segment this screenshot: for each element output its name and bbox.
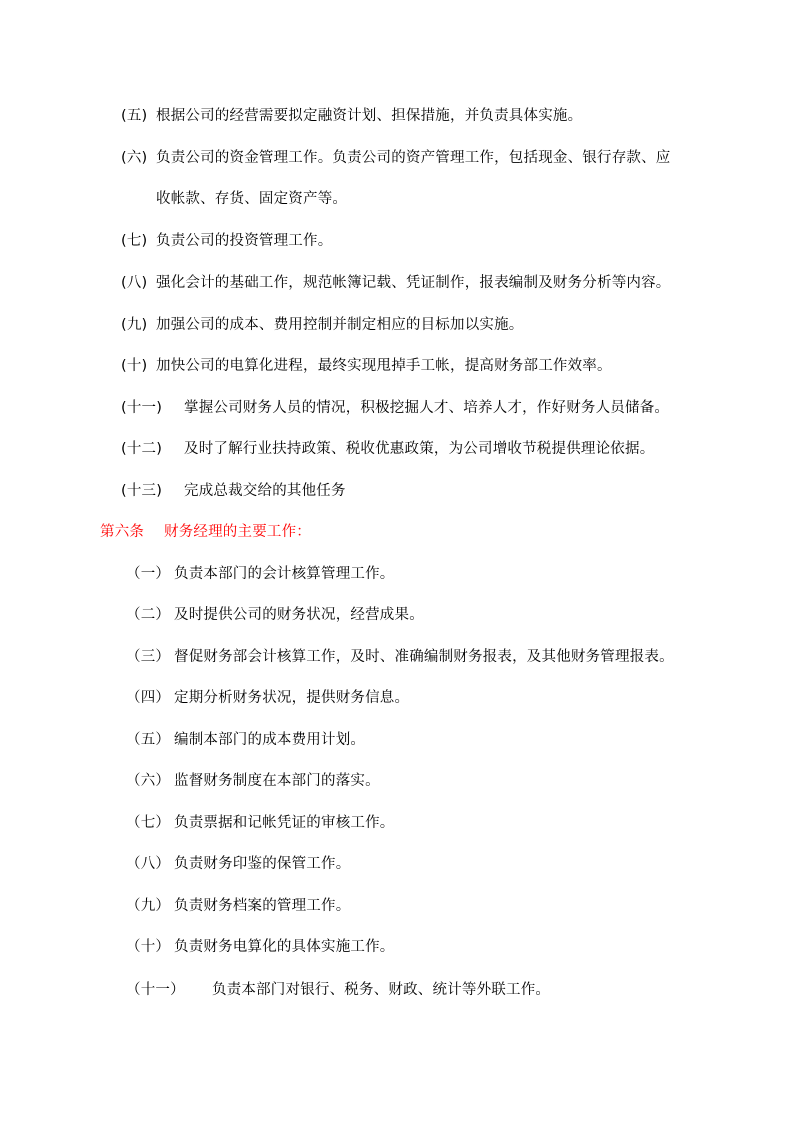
item-number: （四） — [126, 688, 174, 708]
manager-task-10: （十）负责财务电算化的具体实施工作。 — [126, 937, 395, 957]
item-text: 强化会计的基础工作，规范帐簿记载、凭证制作，报表编制及财务分析等内容。 — [156, 275, 671, 291]
item-number: （七） — [126, 813, 174, 833]
manager-task-7: （七）负责票据和记帐凭证的审核工作。 — [126, 813, 395, 833]
item-text: 掌握公司财务人员的情况，积极挖掘人才、培养人才，作好财务人员储备。 — [184, 400, 669, 416]
duty-item-10: (十)加快公司的电算化进程，最终实现甩掉手工帐，提高财务部工作效率。 — [121, 356, 612, 376]
item-text: 督促财务部会计核算工作，及时、准确编制财务报表，及其他财务管理报表。 — [174, 649, 674, 665]
manager-task-11: （十一）负责本部门对银行、税务、财政、统计等外联工作。 — [126, 980, 550, 1000]
item-text: 负责本部门对银行、税务、财政、统计等外联工作。 — [212, 982, 550, 998]
item-number: （八） — [126, 854, 174, 874]
manager-task-9: （九）负责财务档案的管理工作。 — [126, 896, 350, 916]
item-number: （六） — [126, 771, 174, 791]
item-number: (十三) — [121, 481, 184, 501]
section-heading: 第六条财务经理的主要工作： — [100, 522, 311, 542]
item-text: 编制本部门的成本费用计划。 — [174, 732, 365, 748]
item-number: （九） — [126, 896, 174, 916]
item-number: (八) — [121, 273, 156, 293]
item-text: 监督财务制度在本部门的落实。 — [174, 773, 380, 789]
manager-task-4: （四）定期分析财务状况，提供财务信息。 — [126, 688, 409, 708]
manager-task-5: （五）编制本部门的成本费用计划。 — [126, 730, 365, 750]
duty-item-11: (十一)掌握公司财务人员的情况，积极挖掘人才、培养人才，作好财务人员储备。 — [121, 398, 669, 418]
document-page: (五)根据公司的经营需要拟定融资计划、担保措施，并负责具体实施。 (六)负责公司… — [0, 0, 793, 1122]
item-number: (五) — [121, 106, 156, 126]
item-number: (十二) — [121, 439, 184, 459]
manager-task-6: （六）监督财务制度在本部门的落实。 — [126, 771, 380, 791]
item-text: 负责本部门的会计核算管理工作。 — [174, 566, 395, 582]
article-number: 第六条 — [100, 522, 164, 542]
manager-task-8: （八）负责财务印鉴的保管工作。 — [126, 854, 350, 874]
item-text: 定期分析财务状况，提供财务信息。 — [174, 690, 409, 706]
item-text-continuation: 收帐款、存货、固定资产等。 — [156, 191, 347, 207]
item-number: (九) — [121, 315, 156, 335]
item-number: （十一） — [126, 980, 212, 1000]
manager-task-2: （二）及时提供公司的财务状况，经营成果。 — [126, 605, 424, 625]
item-number: （五） — [126, 730, 174, 750]
item-text: 负责公司的资金管理工作。负责公司的资产管理工作，包括现金、银行存款、应 — [156, 150, 671, 166]
item-text: 负责票据和记帐凭证的审核工作。 — [174, 815, 395, 831]
item-text: 负责财务印鉴的保管工作。 — [174, 856, 350, 872]
duty-item-5: (五)根据公司的经营需要拟定融资计划、担保措施，并负责具体实施。 — [121, 106, 582, 126]
item-number: （三） — [126, 647, 174, 667]
item-text: 负责财务电算化的具体实施工作。 — [174, 939, 395, 955]
item-number: (十) — [121, 356, 156, 376]
item-text: 加快公司的电算化进程，最终实现甩掉手工帐，提高财务部工作效率。 — [156, 358, 612, 374]
item-number: （十） — [126, 937, 174, 957]
item-number: (十一) — [121, 398, 184, 418]
section-title: 财务经理的主要工作： — [164, 524, 311, 540]
duty-item-6: (六)负责公司的资金管理工作。负责公司的资产管理工作，包括现金、银行存款、应 — [121, 148, 671, 168]
item-text: 及时了解行业扶持政策、税收优惠政策，为公司增收节税提供理论依据。 — [184, 441, 654, 457]
duty-item-7: (七)负责公司的投资管理工作。 — [121, 231, 332, 251]
item-text: 负责财务档案的管理工作。 — [174, 898, 350, 914]
manager-task-1: （一）负责本部门的会计核算管理工作。 — [126, 564, 395, 584]
duty-item-13: (十三)完成总裁交给的其他任务 — [121, 481, 346, 501]
item-number: （一） — [126, 564, 174, 584]
item-text: 加强公司的成本、费用控制并制定相应的目标加以实施。 — [156, 317, 524, 333]
duty-item-9: (九)加强公司的成本、费用控制并制定相应的目标加以实施。 — [121, 315, 524, 335]
item-number: (六) — [121, 148, 156, 168]
manager-task-3: （三）督促财务部会计核算工作，及时、准确编制财务报表，及其他财务管理报表。 — [126, 647, 674, 667]
item-text: 根据公司的经营需要拟定融资计划、担保措施，并负责具体实施。 — [156, 108, 582, 124]
duty-item-8: (八)强化会计的基础工作，规范帐簿记载、凭证制作，报表编制及财务分析等内容。 — [121, 273, 671, 293]
duty-item-6-continuation: 收帐款、存货、固定资产等。 — [156, 189, 347, 209]
item-text: 负责公司的投资管理工作。 — [156, 233, 332, 249]
duty-item-12: (十二)及时了解行业扶持政策、税收优惠政策，为公司增收节税提供理论依据。 — [121, 439, 654, 459]
item-number: (七) — [121, 231, 156, 251]
item-text: 完成总裁交给的其他任务 — [184, 483, 346, 499]
item-text: 及时提供公司的财务状况，经营成果。 — [174, 607, 424, 623]
item-number: （二） — [126, 605, 174, 625]
